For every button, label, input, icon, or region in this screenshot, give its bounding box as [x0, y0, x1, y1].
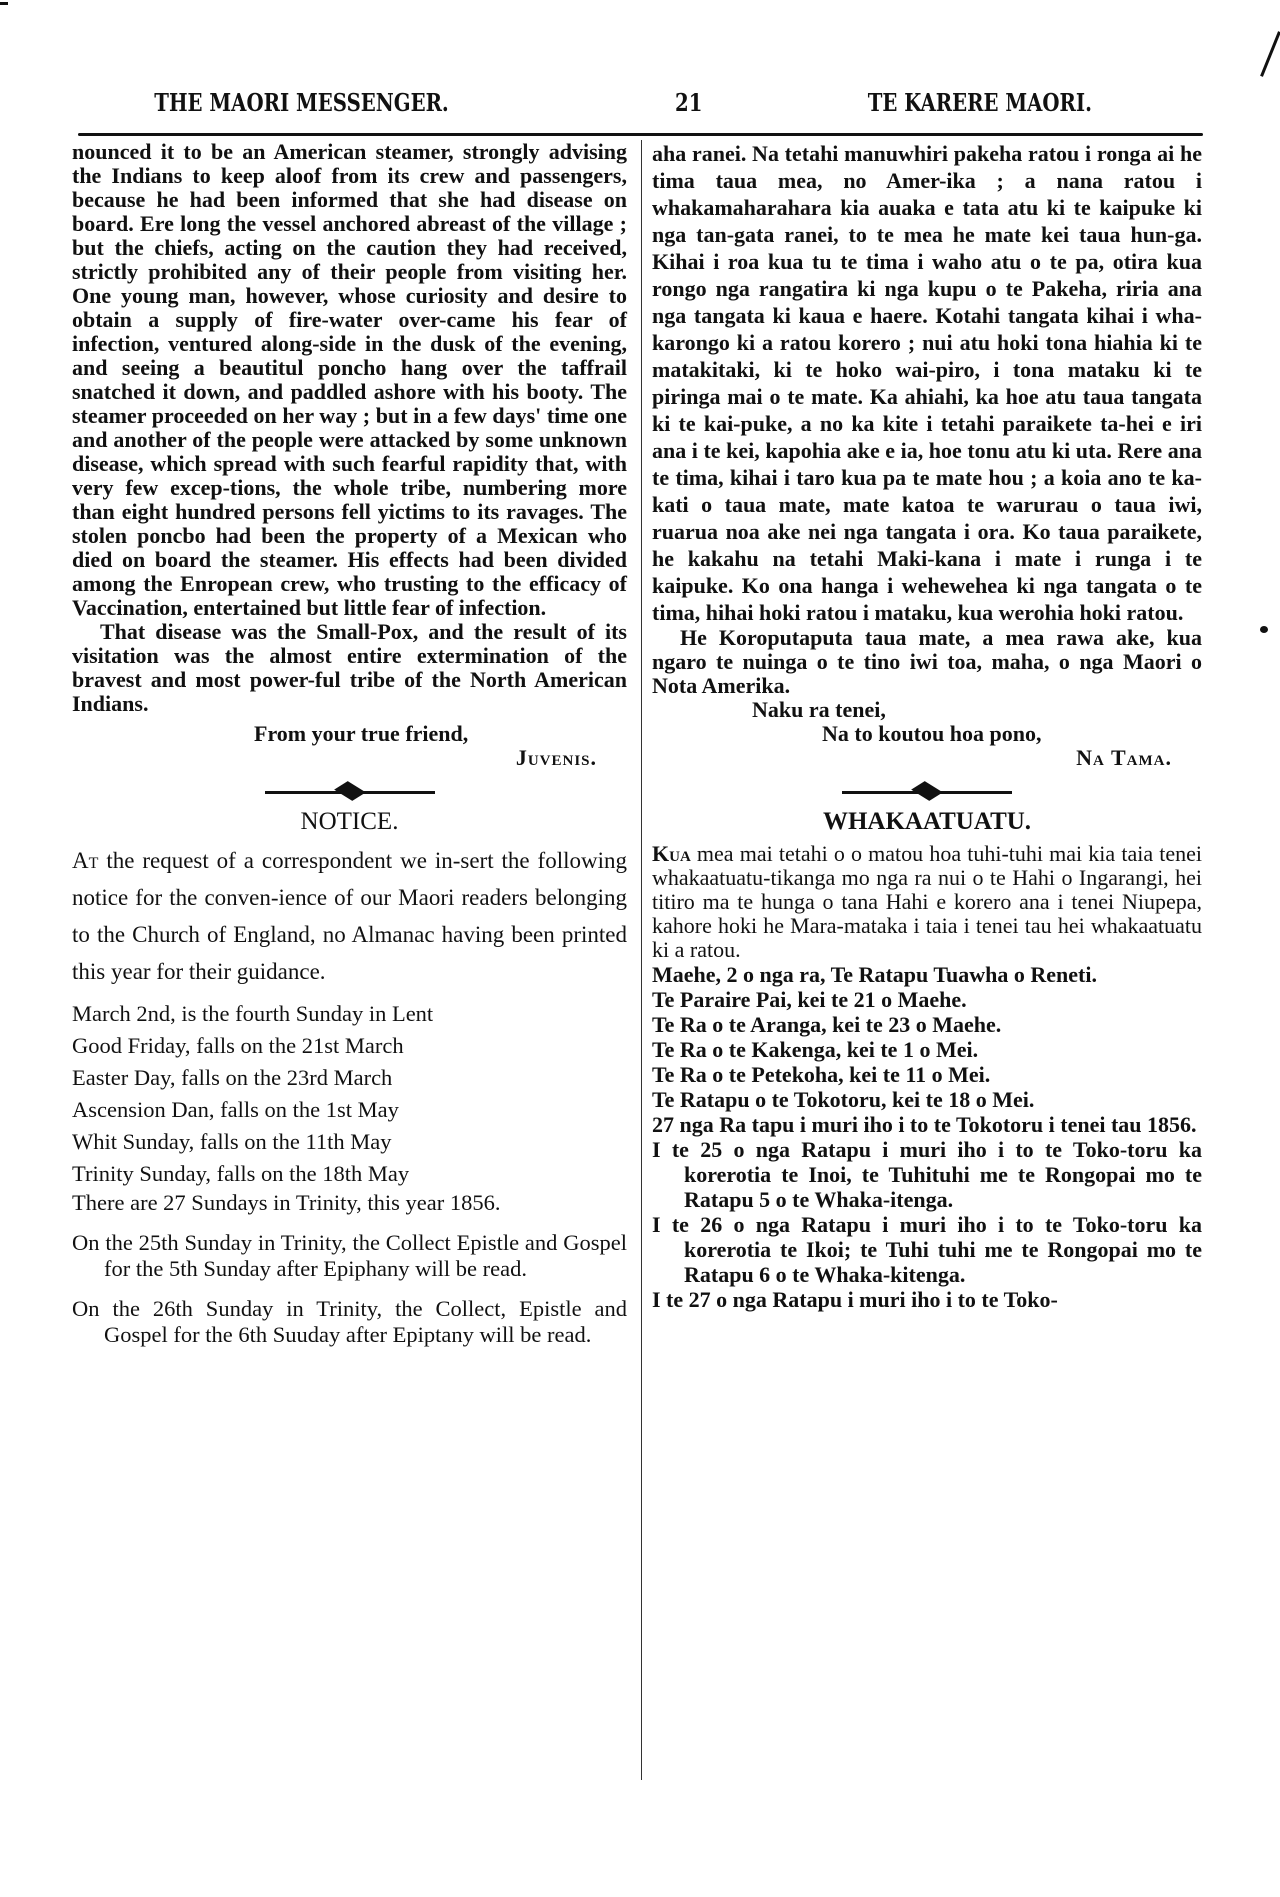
notice-intro-text: the request of a correspondent we in-ser… — [72, 848, 627, 984]
closing-line: From your true friend, — [72, 722, 627, 746]
scan-mark — [1260, 31, 1280, 77]
drop-word: At — [72, 848, 98, 873]
section-ornament — [842, 780, 1012, 804]
article-paragraph: That disease was the Small-Pox, and the … — [72, 620, 627, 716]
date-line: Trinity Sunday, falls on the 18th May — [72, 1158, 627, 1190]
sunday-26-note: I te 26 o nga Ratapu i muri iho i to te … — [652, 1212, 1202, 1287]
notice-heading: NOTICE. — [72, 810, 627, 834]
date-line: Te Ratapu o te Tokotoru, kei te 18 o Mei… — [652, 1087, 1202, 1112]
notice-intro: Kua mea mai tetahi o o matou hoa tuhi-tu… — [652, 842, 1202, 962]
date-line: Maehe, 2 o nga ra, Te Ratapu Tuawha o Re… — [652, 962, 1202, 987]
english-column: nounced it to be an American steamer, st… — [72, 140, 627, 1348]
maori-title: TE KARERE MAORI. — [868, 88, 1092, 117]
sunday-26-note: On the 26th Sunday in Trinity, the Colle… — [72, 1296, 627, 1348]
article-paragraph: nounced it to be an American steamer, st… — [72, 140, 627, 620]
signature: Na Tama. — [652, 746, 1202, 770]
scan-mark — [1260, 626, 1268, 633]
date-line: March 2nd, is the fourth Sunday in Lent — [72, 998, 627, 1030]
column-divider — [641, 140, 642, 1780]
article-paragraph: He Koroputaputa taua mate, a mea rawa ak… — [652, 626, 1202, 698]
newspaper-page: THE MAORI MESSENGER. 21 TE KARERE MAORI.… — [0, 0, 1280, 1897]
date-line: Te Ra o te Aranga, kei te 23 o Maehe. — [652, 1012, 1202, 1037]
trinity-count: There are 27 Sundays in Trinity, this ye… — [72, 1190, 627, 1216]
closing-line: Na to koutou hoa pono, — [652, 722, 1202, 746]
date-line: Ascension Dan, falls on the 1st May — [72, 1094, 627, 1126]
scan-mark — [0, 2, 8, 5]
date-line: Te Paraire Pai, kei te 21 o Maehe. — [652, 987, 1202, 1012]
drop-word: Kua — [652, 841, 691, 866]
section-ornament — [265, 780, 435, 804]
page-number: 21 — [675, 88, 702, 117]
date-list: Maehe, 2 o nga ra, Te Ratapu Tuawha o Re… — [652, 962, 1202, 1312]
closing-line: Naku ra tenei, — [652, 698, 1202, 722]
date-line: Whit Sunday, falls on the 11th May — [72, 1126, 627, 1158]
article-paragraph: aha ranei. Na tetahi manuwhiri pakeha ra… — [652, 140, 1202, 626]
sunday-27-note: I te 27 o nga Ratapu i muri iho i to te … — [652, 1287, 1202, 1312]
masthead: THE MAORI MESSENGER. 21 TE KARERE MAORI. — [60, 88, 1219, 128]
trinity-count: 27 nga Ra tapu i muri iho i to te Tokoto… — [652, 1112, 1202, 1137]
sunday-25-note: I te 25 o nga Ratapu i muri iho i to te … — [652, 1137, 1202, 1212]
notice-heading: WHAKAATUATU. — [652, 810, 1202, 834]
header-rule — [78, 133, 1203, 136]
date-line: Te Ra o te Petekoha, kei te 11 o Mei. — [652, 1062, 1202, 1087]
english-title: THE MAORI MESSENGER. — [154, 88, 448, 117]
date-line: Te Ra o te Kakenga, kei te 1 o Mei. — [652, 1037, 1202, 1062]
signature: Juvenis. — [72, 746, 627, 770]
notice-intro-text: mea mai tetahi o o matou hoa tuhi-tuhi m… — [652, 841, 1202, 962]
date-line: Easter Day, falls on the 23rd March — [72, 1062, 627, 1094]
notice-intro: At the request of a correspondent we in-… — [72, 842, 627, 990]
sunday-25-note: On the 25th Sunday in Trinity, the Colle… — [72, 1230, 627, 1282]
maori-column: aha ranei. Na tetahi manuwhiri pakeha ra… — [652, 140, 1202, 1312]
date-line: Good Friday, falls on the 21st March — [72, 1030, 627, 1062]
